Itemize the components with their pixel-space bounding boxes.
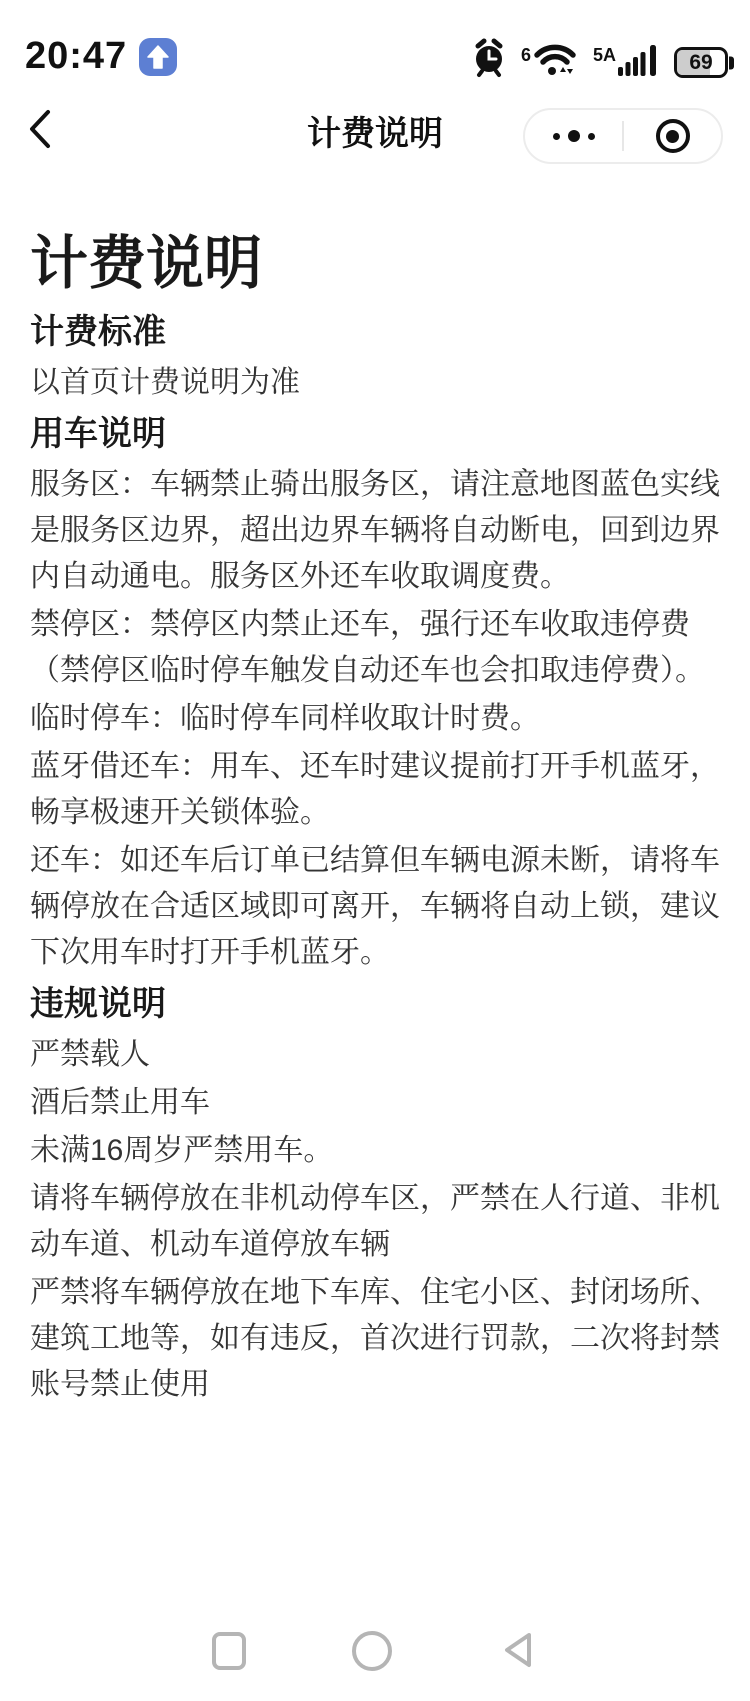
back-button[interactable] xyxy=(24,105,68,155)
circle-dot-icon xyxy=(656,119,690,153)
status-right: 6 5A xyxy=(470,38,728,78)
miniprogram-capsule xyxy=(523,108,723,164)
upload-arrow-icon xyxy=(139,38,177,76)
paragraph: 严禁载人 xyxy=(30,1032,720,1078)
cellular-signal-icon: 5A xyxy=(593,38,659,78)
back-chevron-icon xyxy=(24,106,54,155)
paragraph: 蓝牙借还车：用车、还车时建议提前打开手机蓝牙，畅享极速开关锁体验。 xyxy=(30,744,720,836)
exit-button[interactable] xyxy=(624,110,721,162)
battery-icon: 69 xyxy=(674,47,728,78)
billing-description-page: 计费说明 计费标准 以首页计费说明为准 用车说明 服务区：车辆禁止骑出服务区，请… xyxy=(0,224,750,1408)
alarm-clock-icon xyxy=(470,38,508,78)
wifi-generation-label: 6 xyxy=(521,46,531,64)
android-nav-bar xyxy=(0,1601,750,1701)
nav-bar: 计费说明 xyxy=(0,90,750,170)
paragraph: 严禁将车辆停放在地下车库、住宅小区、封闭场所、建筑工地等，如有违反，首次进行罚款… xyxy=(30,1270,720,1408)
battery-nub xyxy=(729,56,734,69)
recents-button[interactable] xyxy=(212,1632,246,1670)
document-title: 计费说明 xyxy=(30,224,720,304)
section-usage-instructions: 用车说明 服务区：车辆禁止骑出服务区，请注意地图蓝色实线是服务区边界，超出边界车… xyxy=(30,408,720,976)
android-back-button[interactable] xyxy=(498,1628,538,1675)
status-left: 20:47 xyxy=(25,35,177,78)
wifi-icon: 6 xyxy=(521,38,580,78)
more-button[interactable] xyxy=(525,110,622,162)
section-heading: 用车说明 xyxy=(30,408,720,460)
section-heading: 计费标准 xyxy=(30,306,720,358)
section-violation-instructions: 违规说明 严禁载人 酒后禁止用车 未满16周岁严禁用车。 请将车辆停放在非机动停… xyxy=(30,978,720,1408)
battery-percent: 69 xyxy=(689,51,712,75)
paragraph: 以首页计费说明为准 xyxy=(30,360,720,406)
paragraph: 请将车辆停放在非机动停车区，严禁在人行道、非机动车道、机动车道停放车辆 xyxy=(30,1176,720,1268)
recents-square-icon xyxy=(212,1632,246,1670)
paragraph: 酒后禁止用车 xyxy=(30,1080,720,1126)
home-button[interactable] xyxy=(352,1631,392,1671)
paragraph: 服务区：车辆禁止骑出服务区，请注意地图蓝色实线是服务区边界，超出边界车辆将自动断… xyxy=(30,462,720,600)
paragraph: 临时停车：临时停车同样收取计时费。 xyxy=(30,696,720,742)
paragraph: 禁停区：禁停区内禁止还车，强行还车收取违停费（禁停区临时停车触发自动还车也会扣取… xyxy=(30,602,720,694)
paragraph: 还车：如还车后订单已结算但车辆电源未断，请将车辆停放在合适区域即可离开，车辆将自… xyxy=(30,838,720,976)
back-triangle-icon xyxy=(498,1628,538,1675)
network-type-label: 5A xyxy=(593,46,616,64)
paragraph: 未满16周岁严禁用车。 xyxy=(30,1128,720,1174)
section-billing-standard: 计费标准 以首页计费说明为准 xyxy=(30,306,720,406)
more-dots-icon xyxy=(553,130,595,142)
section-heading: 违规说明 xyxy=(30,978,720,1030)
status-time: 20:47 xyxy=(25,35,127,78)
status-bar: 20:47 6 xyxy=(0,0,750,90)
home-circle-icon xyxy=(352,1631,392,1671)
phone-screen: 20:47 6 xyxy=(0,0,750,1701)
